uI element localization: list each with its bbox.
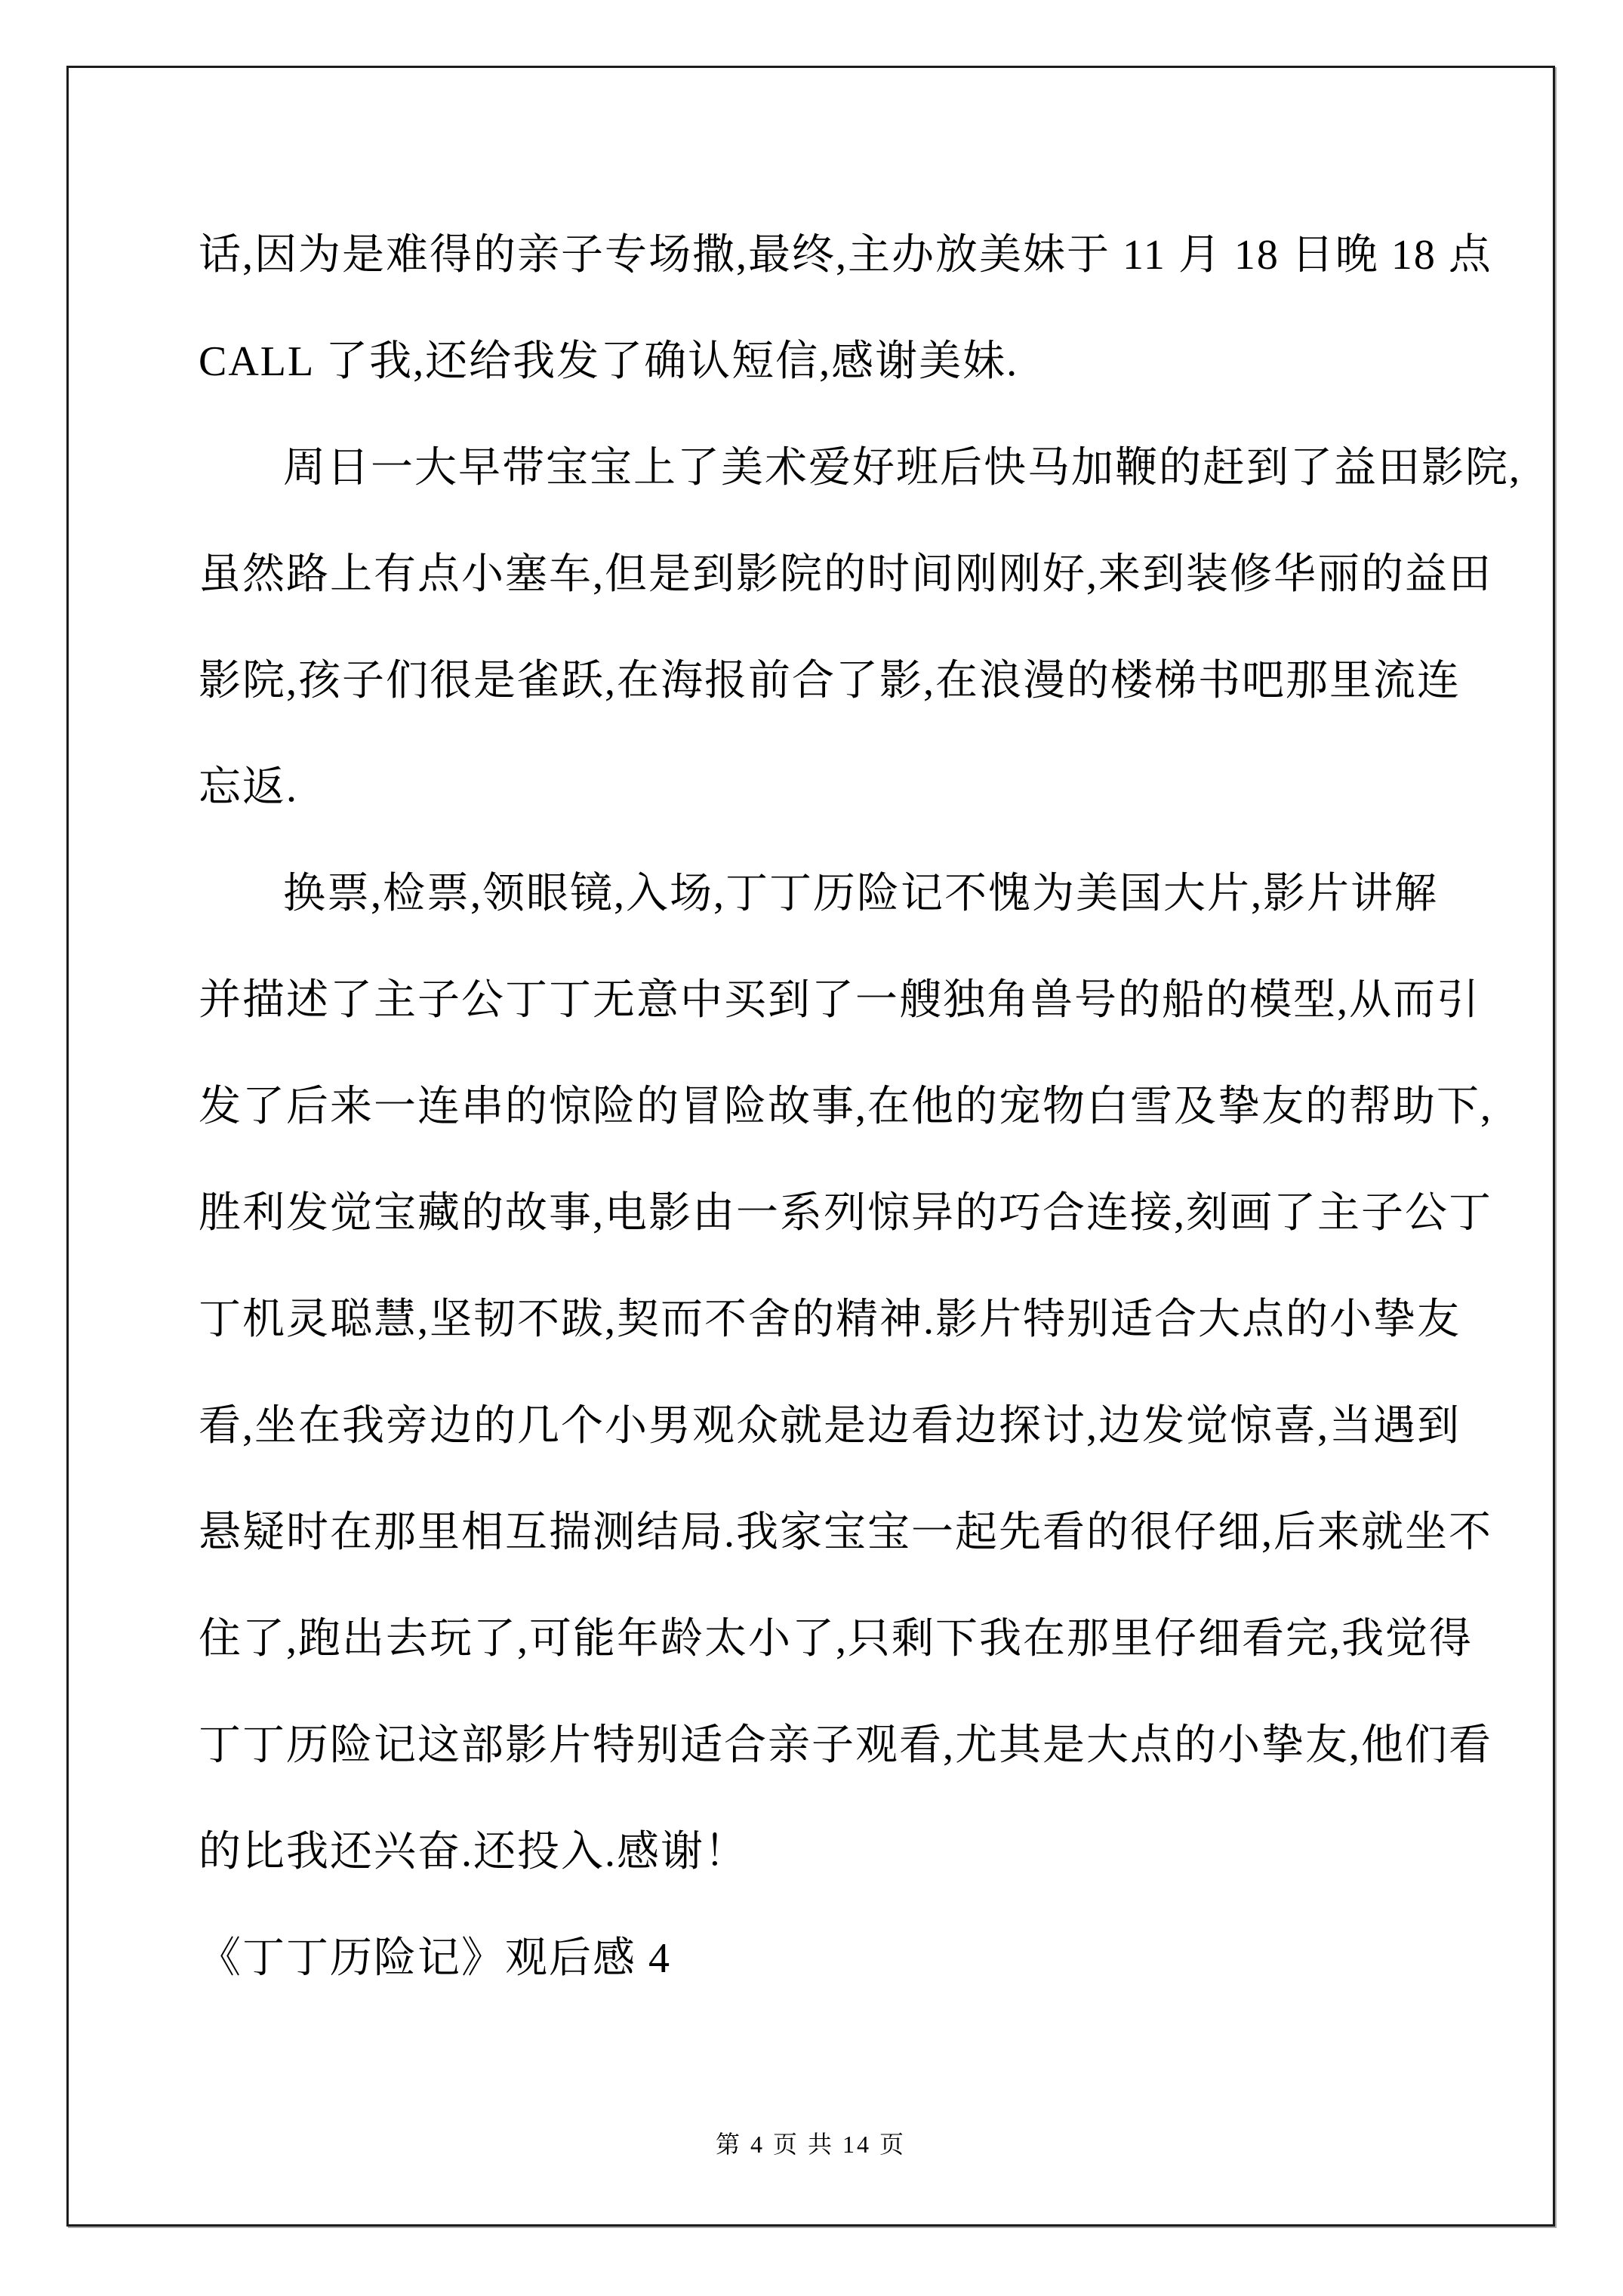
- page-number-label: 第 4 页 共 14 页: [716, 2131, 906, 2158]
- text-line: 并描述了主子公丁丁无意中买到了一艘独角兽号的船的模型,从而引: [199, 948, 1512, 1054]
- text-line: 看,坐在我旁边的几个小男观众就是边看边探讨,边发觉惊喜,当遇到: [199, 1373, 1512, 1480]
- text-line: 的比我还兴奋.还投入.感谢！: [199, 1799, 1512, 1906]
- text-line: CALL 了我,还给我发了确认短信,感谢美妹.: [199, 309, 1512, 415]
- text-line: 悬疑时在那里相互揣测结局.我家宝宝一起先看的很仔细,后来就坐不: [199, 1480, 1512, 1586]
- page-footer: 第 4 页 共 14 页: [69, 2129, 1553, 2159]
- text-line: 丁丁历险记这部影片特别适合亲子观看,尤其是大点的小挚友,他们看: [199, 1693, 1512, 1799]
- text-line: 换票,检票,领眼镜,入场,丁丁历险记不愧为美国大片,影片讲解: [199, 841, 1512, 948]
- text-line: 住了,跑出去玩了,可能年龄太小了,只剩下我在那里仔细看完,我觉得: [199, 1586, 1512, 1693]
- text-line: 《丁丁历险记》观后感 4: [199, 1906, 1512, 2012]
- text-line: 影院,孩子们很是雀跃,在海报前合了影,在浪漫的楼梯书吧那里流连: [199, 628, 1512, 735]
- document-body: 话,因为是难得的亲子专场撒,最终,主办放美妹于 11 月 18 日晚 18 点C…: [199, 202, 1512, 2012]
- text-line: 丁机灵聪慧,坚韧不跋,契而不舍的精神.影片特别适合大点的小挚友: [199, 1267, 1512, 1373]
- text-line: 发了后来一连串的惊险的冒险故事,在他的宠物白雪及挚友的帮助下,: [199, 1054, 1512, 1160]
- text-line: 胜利发觉宝藏的故事,电影由一系列惊异的巧合连接,刻画了主子公丁: [199, 1160, 1512, 1267]
- text-line: 话,因为是难得的亲子专场撒,最终,主办放美妹于 11 月 18 日晚 18 点: [199, 202, 1512, 309]
- text-line: 忘返.: [199, 735, 1512, 841]
- text-line: 虽然路上有点小塞车,但是到影院的时间刚刚好,来到装修华丽的益田: [199, 522, 1512, 628]
- page-border-frame: 话,因为是难得的亲子专场撒,最终,主办放美妹于 11 月 18 日晚 18 点C…: [66, 66, 1555, 2227]
- text-line: 周日一大早带宝宝上了美术爱好班后快马加鞭的赶到了益田影院,: [199, 415, 1512, 522]
